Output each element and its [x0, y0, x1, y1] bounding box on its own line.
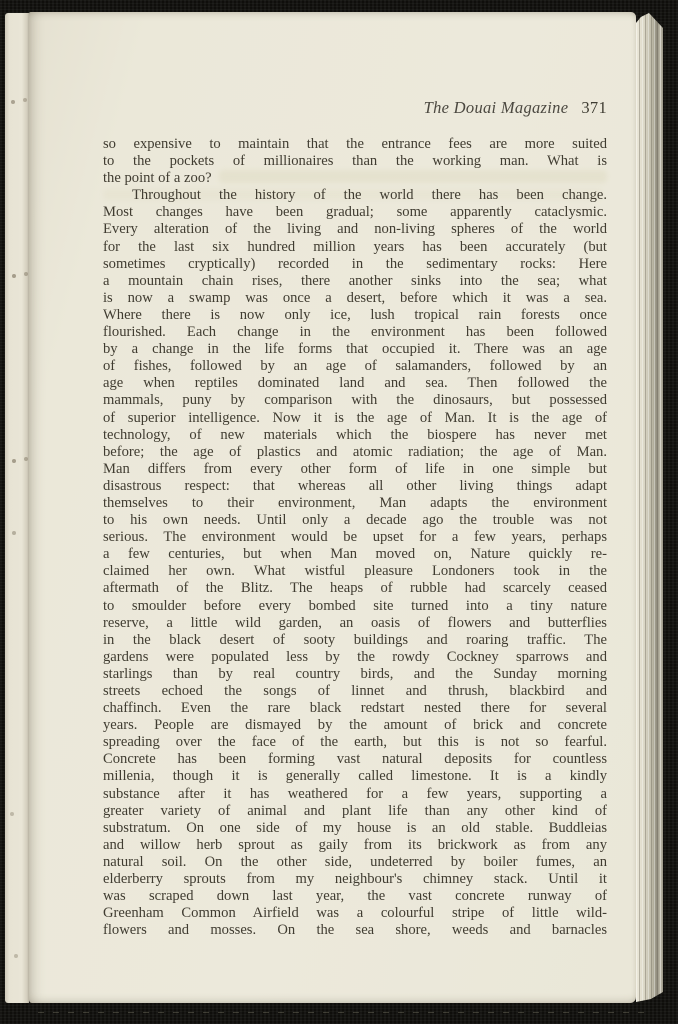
journal-title: The Douai Magazine	[424, 98, 569, 117]
text-line: to the pockets of millionaires than the …	[103, 153, 607, 170]
text-line: years. People are dismayed by the amount…	[103, 717, 607, 734]
text-line: Man differs from every other form of lif…	[103, 461, 607, 478]
running-header: The Douai Magazine371	[424, 98, 607, 118]
text-line: Where there is now only ice, lush tropic…	[103, 307, 607, 324]
text-line: flowers and mosses. On the sea shore, we…	[103, 922, 607, 939]
text-line: for the last six hundred million years h…	[103, 239, 607, 256]
text-line: reserve, a little wild garden, an oasis …	[103, 615, 607, 632]
text-line: natural soil. On the other side, undeter…	[103, 854, 607, 871]
text-line: serious. The environment would be upset …	[103, 529, 607, 546]
text-line: Most changes have been gradual; some app…	[103, 204, 607, 221]
text-line: to his own needs. Until only a decade ag…	[103, 512, 607, 529]
page-number: 371	[581, 98, 607, 117]
text-line: a mountain chain rises, there another si…	[103, 273, 607, 290]
text-line: was scraped down last year, the vast con…	[103, 888, 607, 905]
text-line: themselves to their environment, Man ada…	[103, 495, 607, 512]
text-line: spreading over the face of the earth, bu…	[103, 734, 607, 751]
text-line: greater variety of animal and plant life…	[103, 803, 607, 820]
text-line: Greenham Common Airfield was a colourful…	[103, 905, 607, 922]
text-line: and willow herb sprout as gaily from its…	[103, 837, 607, 854]
text-line: the point of a zoo?	[103, 170, 607, 187]
text-line: disastrous respect: that whereas all oth…	[103, 478, 607, 495]
text-line: millenia, though it is generally called …	[103, 768, 607, 785]
binding-stitch-dots	[5, 13, 7, 15]
text-line: before; the age of plastics and atomic r…	[103, 444, 607, 461]
text-line: chaffinch. Even the rare black redstart …	[103, 700, 607, 717]
text-line: elderberry sprouts from my neighbour's c…	[103, 871, 607, 888]
text-line: age when reptiles dominated land and sea…	[103, 375, 607, 392]
text-line: a few centuries, but when Man moved on, …	[103, 546, 607, 563]
text-line: of superior intelligence. Now it is the …	[103, 410, 607, 427]
text-line: gardens were populated less by the rowdy…	[103, 649, 607, 666]
text-line: so expensive to maintain that the entran…	[103, 136, 607, 153]
cover-seam	[38, 1012, 650, 1013]
text-line: flourished. Each change in the environme…	[103, 324, 607, 341]
text-line: aftermath of the Blitz. The heaps of rub…	[103, 580, 607, 597]
text-line: Concrete has been forming vast natural d…	[103, 751, 607, 768]
page-stack-edge	[636, 13, 663, 1002]
page: The Douai Magazine371 so expensive to ma…	[29, 12, 636, 1003]
text-line: substratum. On one side of my house is a…	[103, 820, 607, 837]
text-line: Throughout the history of the world ther…	[103, 187, 607, 204]
text-line: substance after it has weathered for a f…	[103, 786, 607, 803]
text-line: claimed her own. What wistful pleasure L…	[103, 563, 607, 580]
left-page-edge	[5, 13, 29, 1003]
text-line: sometimes cryptically) recorded in the s…	[103, 256, 607, 273]
text-line: is now a swamp was once a desert, before…	[103, 290, 607, 307]
text-line: technology, of new materials which the b…	[103, 427, 607, 444]
text-line: streets echoed the songs of linnet and t…	[103, 683, 607, 700]
text-line: in the black desert of sooty buildings a…	[103, 632, 607, 649]
text-line: mammals, puny by comparison with the din…	[103, 392, 607, 409]
text-line: to smoulder before every bombed site tur…	[103, 598, 607, 615]
book-scan: The Douai Magazine371 so expensive to ma…	[0, 0, 678, 1024]
text-line: Every alteration of the living and non-l…	[103, 221, 607, 238]
text-line: starlings than by real country birds, an…	[103, 666, 607, 683]
body-text: so expensive to maintain that the entran…	[103, 136, 607, 939]
text-line: of fishes, followed by an age of salaman…	[103, 358, 607, 375]
text-line: by a change in the life forms that occup…	[103, 341, 607, 358]
